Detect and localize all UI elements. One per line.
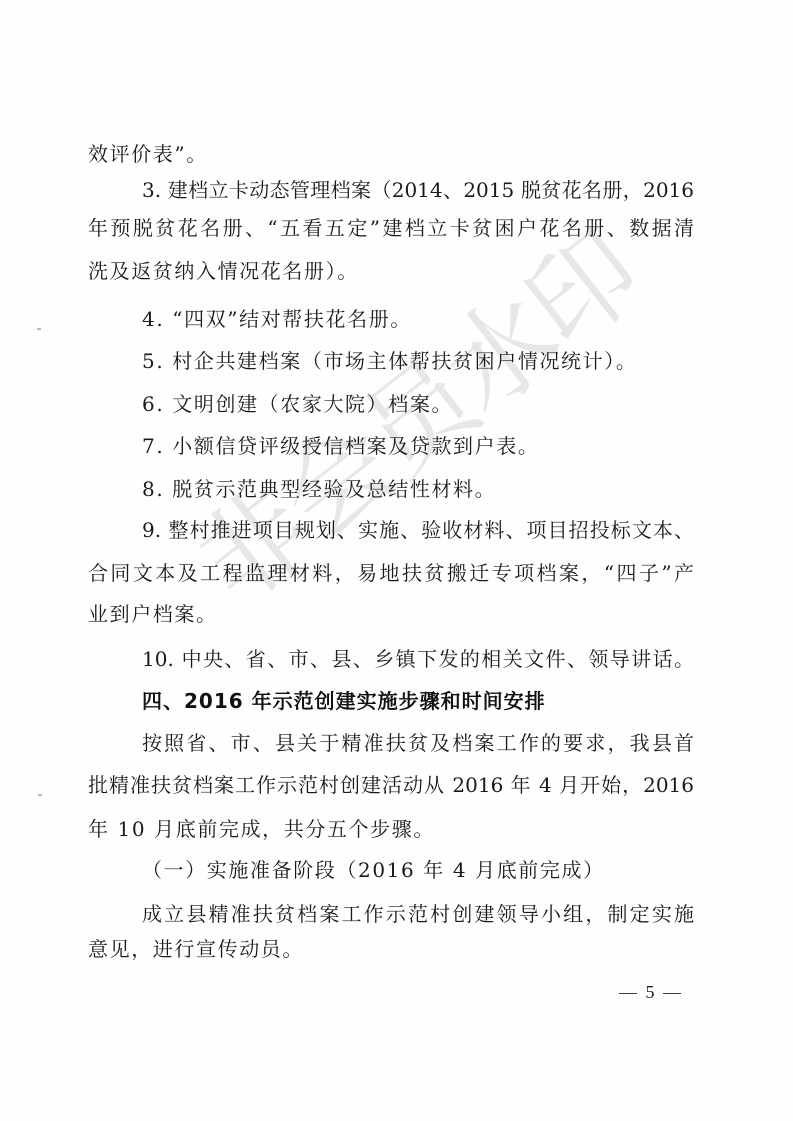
list-item-3-cont: 洗及返贫纳入情况花名册）。 [88,257,694,285]
paragraph-line: 按照省、市、县关于精准扶贫及档案工作的要求，我县首 [142,729,694,757]
list-item-3-cont: 年预脱贫花名册、“五看五定”建档立卡贫困户花名册、数据清 [88,214,694,242]
list-item-10: 10. 中央、省、市、县、乡镇下发的相关文件、领导讲话。 [142,645,694,673]
scan-mark [38,794,42,796]
scan-mark [37,328,41,330]
section-heading: 四、2016 年示范创建实施步骤和时间安排 [142,687,694,715]
paragraph-line: 批精准扶贫档案工作示范村创建活动从 2016 年 4 月开始，2016 [88,771,694,799]
list-item-4: 4. “四双”结对帮扶花名册。 [142,305,694,333]
paragraph-line: 年 10 月底前完成，共分五个步骤。 [88,815,694,843]
paragraph-line: 效评价表”。 [88,140,694,168]
document-page: 非会员水印 效评价表”。 3. 建档立卡动态管理档案（2014、2015 脱贫花… [0,0,793,1121]
list-item-9-cont: 业到户档案。 [88,600,694,628]
list-item-5: 5. 村企共建档案（市场主体帮扶贫困户情况统计）。 [142,347,694,375]
list-item-7: 7. 小额信贷评级授信档案及贷款到户表。 [142,432,694,460]
paragraph-line: 成立县精准扶贫档案工作示范村创建领导小组，制定实施 [142,900,694,928]
list-item-8: 8. 脱贫示范典型经验及总结性材料。 [142,475,694,503]
list-item-3: 3. 建档立卡动态管理档案（2014、2015 脱贫花名册，2016 [142,176,694,204]
subsection-heading: （一）实施准备阶段（2016 年 4 月底前完成） [142,856,694,884]
page-number: — 5 — [619,982,683,1003]
list-item-9-cont: 合同文本及工程监理材料，易地扶贫搬迁专项档案，“四子”产 [88,559,694,587]
list-item-6: 6. 文明创建（农家大院）档案。 [142,390,694,418]
paragraph-line: 意见，进行宣传动员。 [88,935,694,963]
list-item-9: 9. 整村推进项目规划、实施、验收材料、项目招投标文本、 [142,516,694,544]
